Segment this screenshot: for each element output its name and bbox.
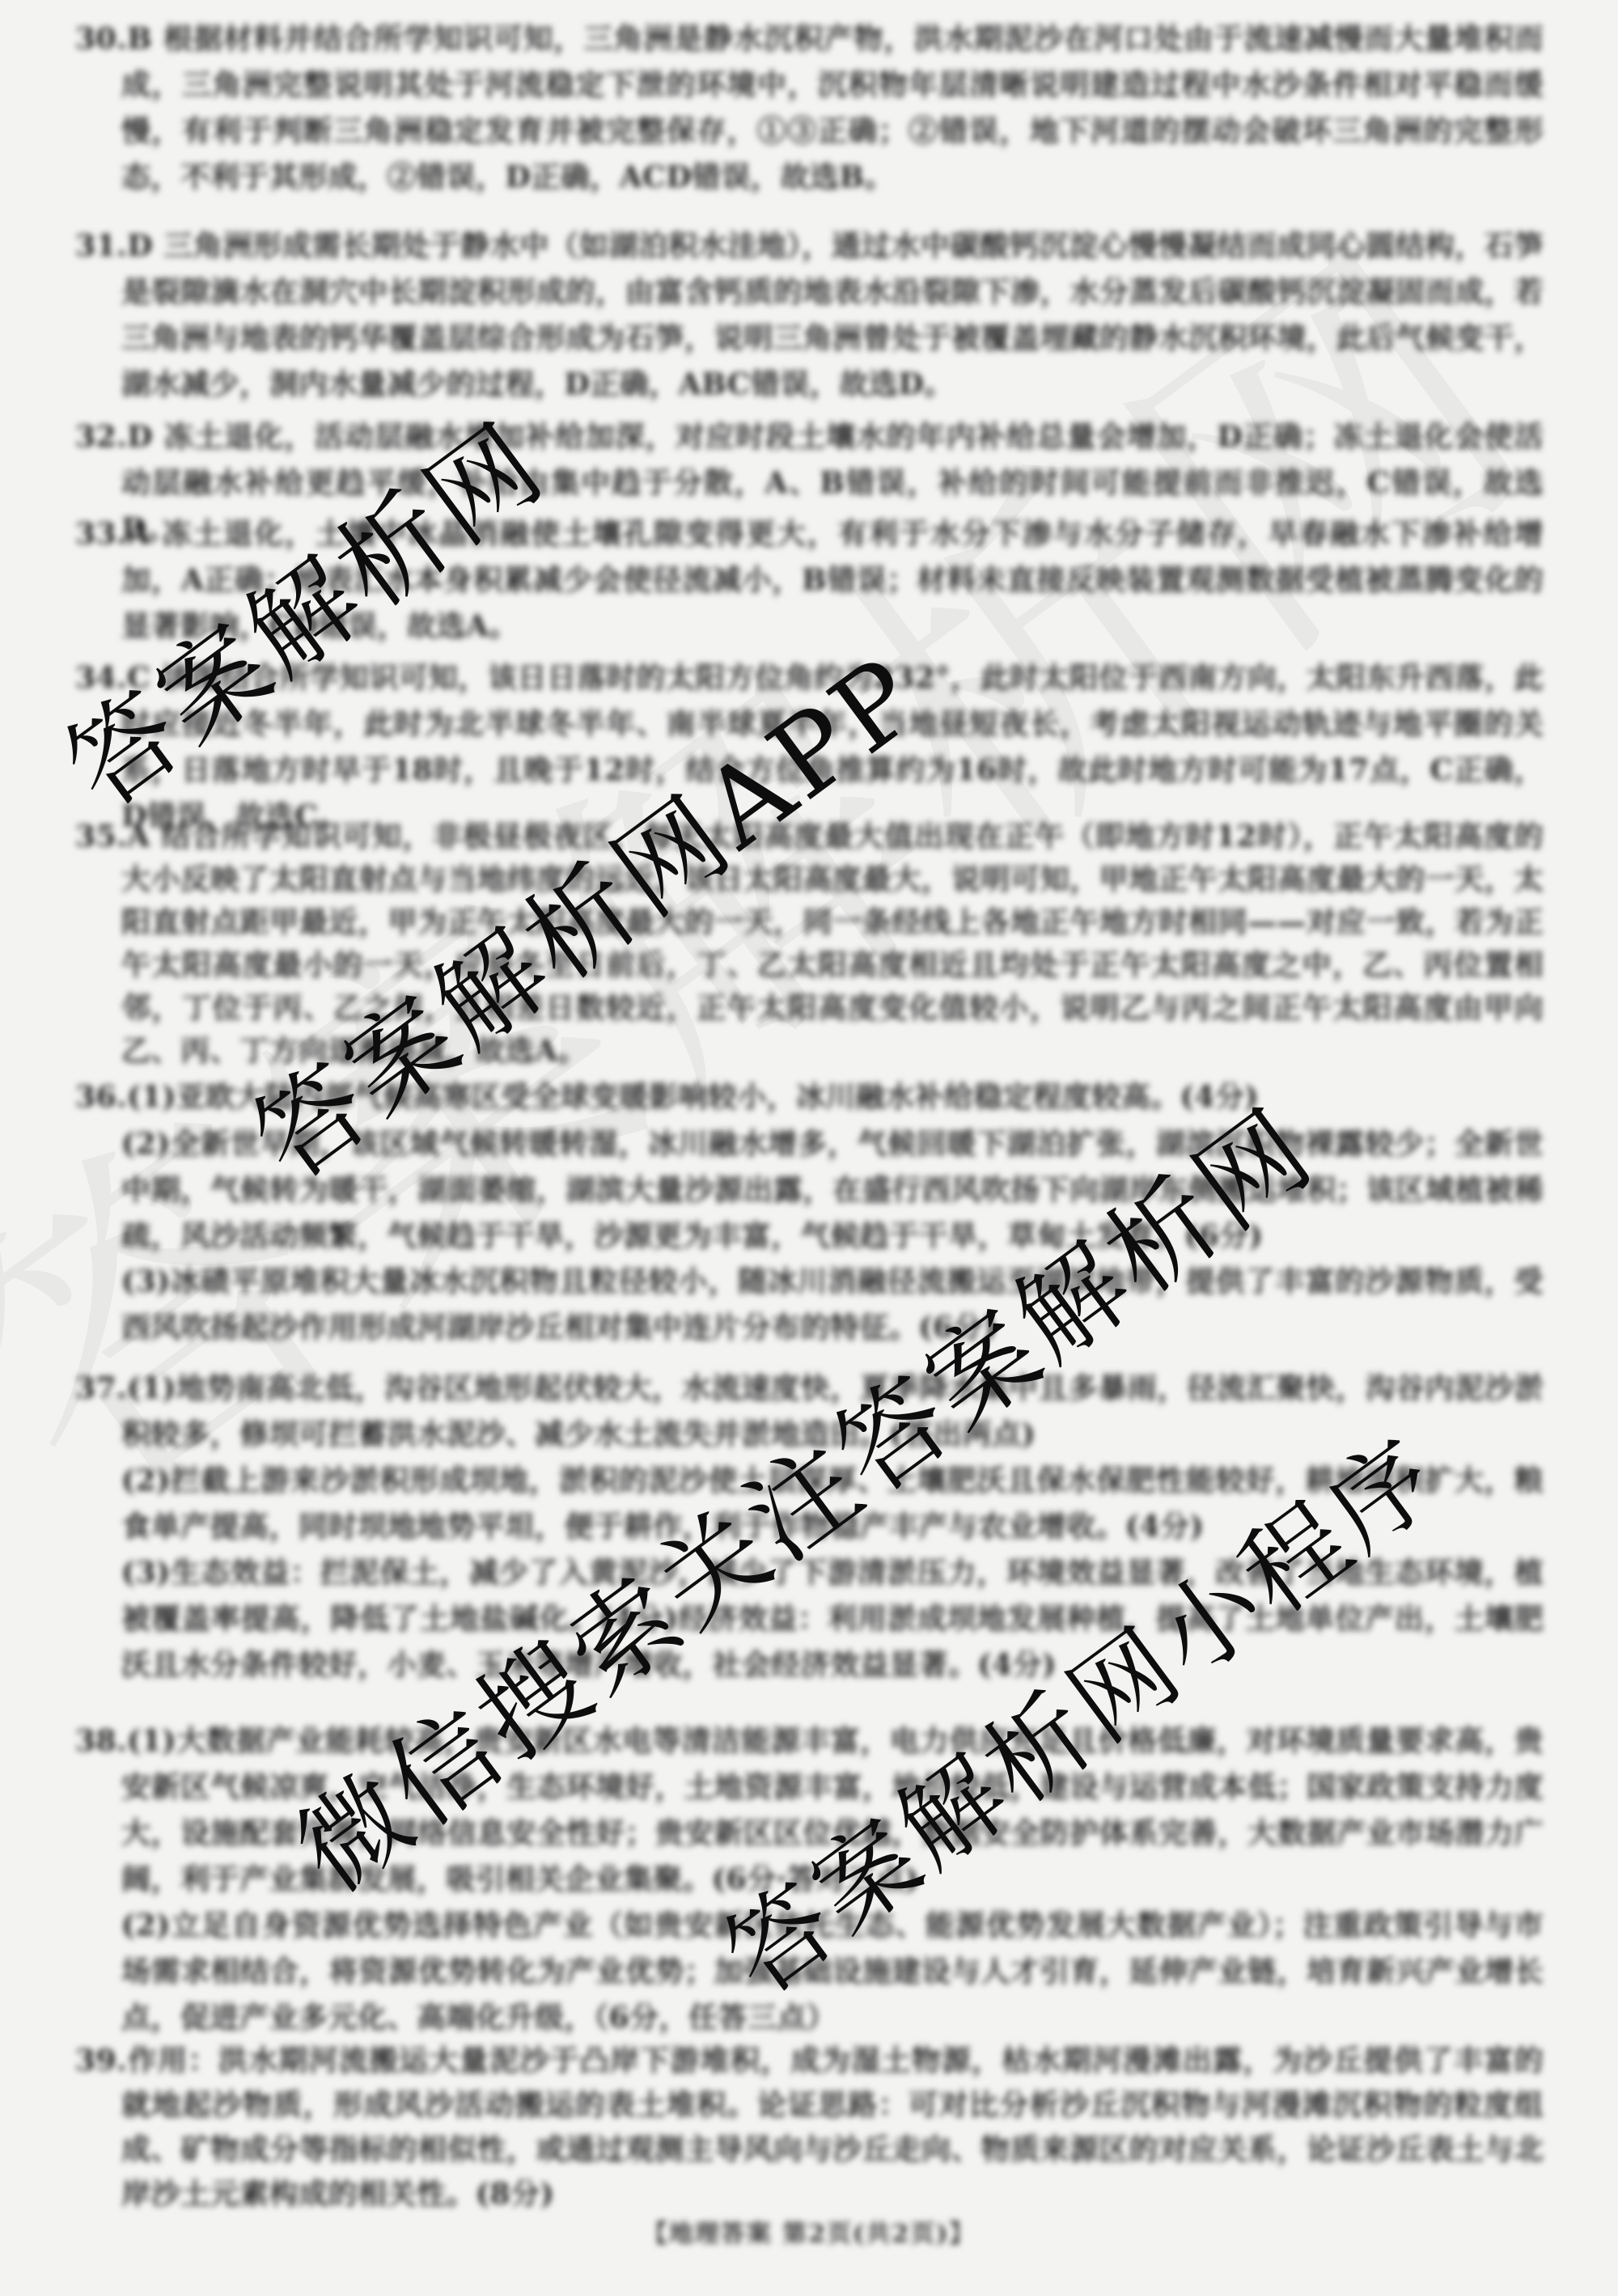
answer-paragraph-30: 30.B 根据材料并结合所学知识可知，三角洲是静水沉积产物，洪水期泥沙在河口处由… xyxy=(121,16,1544,201)
answer-paragraph-31: 31.D 三角洲形成需长期处于静水中（如湖泊积水洼地），通过水中碳酸钙沉淀心慢慢… xyxy=(121,223,1544,408)
scanned-answer-page: 答案解析网 30.B 根据材料并结合所学知识可知，三角洲是静水沉积产物，洪水期泥… xyxy=(0,0,1618,2296)
page-footer: 【地理答案 第2页(共2页)】 xyxy=(0,2213,1618,2249)
answer-paragraph-36-3: (3)冰碛平原堆积大量冰水沉积物且粒径较小，随冰川消融径流搬运至湖滨地带，提供了… xyxy=(121,1259,1544,1351)
answer-paragraph-39: 39.作用：洪水期河流搬运大量泥沙于凸岸下游堆积，成为湿土物源，枯水期河漫滩出露… xyxy=(121,2039,1544,2217)
